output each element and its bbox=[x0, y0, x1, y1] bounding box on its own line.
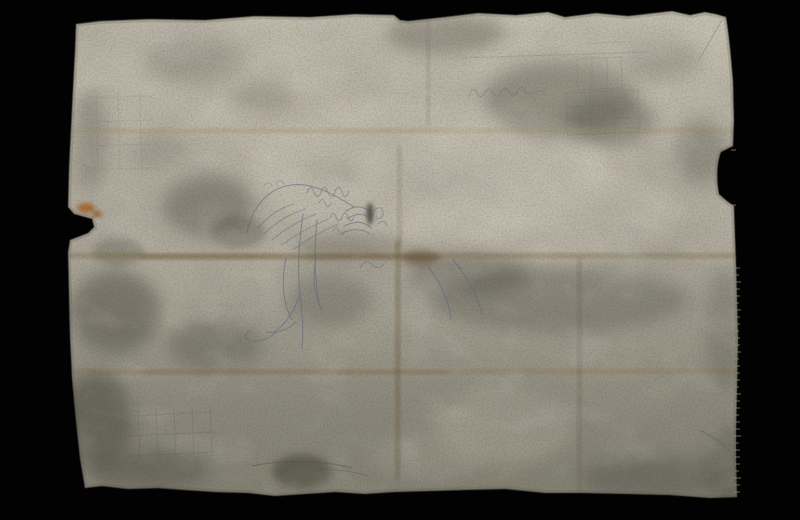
artifact-photo: Aged linen cloth with faint sketches pho… bbox=[0, 0, 800, 520]
texture-grain-light bbox=[60, 5, 750, 515]
cloth bbox=[58, 5, 755, 515]
photo-canvas: Aged linen cloth with faint sketches pho… bbox=[0, 0, 800, 520]
